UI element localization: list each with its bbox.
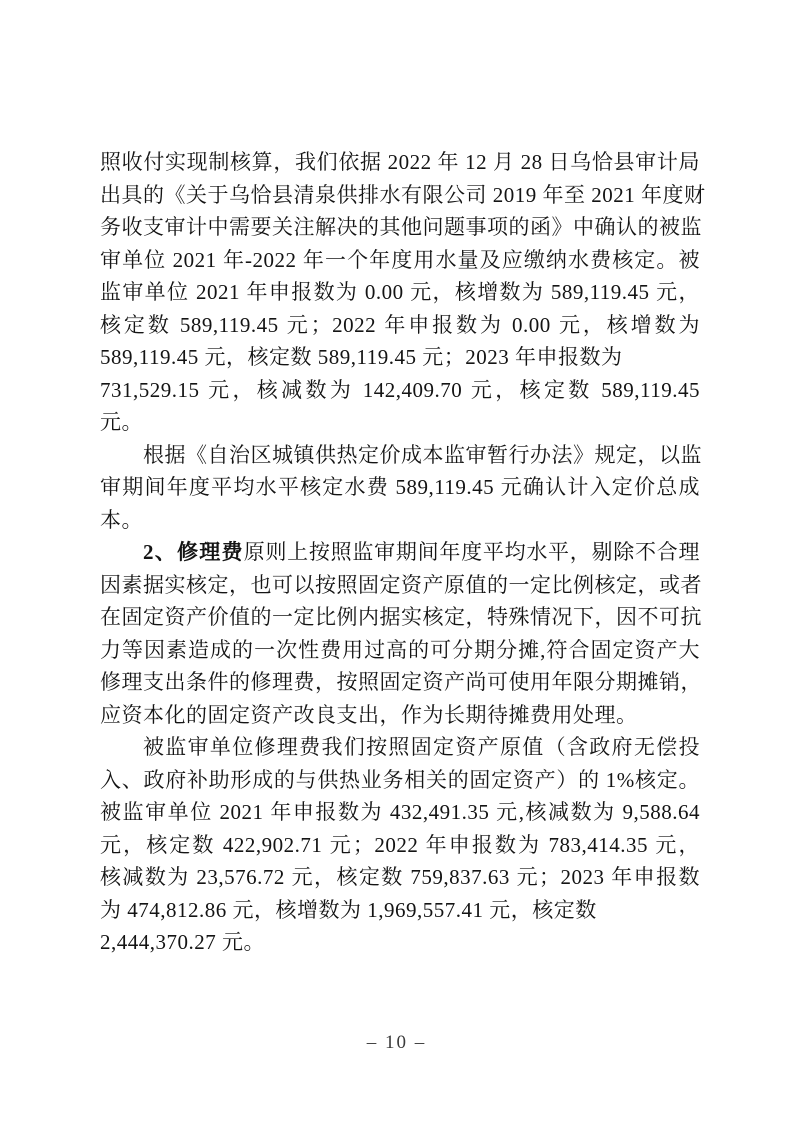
text-line: 审期间年度平均水平核定水费 589,119.45 元确认计入定价总成 (100, 471, 700, 504)
text-line: 应资本化的固定资产改良支出，作为长期待摊费用处理。 (100, 699, 700, 732)
text-line: 务收支审计中需要关注解决的其他问题事项的函》中确认的被监 (100, 211, 700, 244)
paragraph: 根据《自治区城镇供热定价成本监审暂行办法》规定，以监审期间年度平均水平核定水费 … (100, 439, 700, 537)
text-line: 照收付实现制核算，我们依据 2022 年 12 月 28 日乌恰县审计局 (100, 146, 700, 179)
text-line: 731,529.15 元，核减数为 142,409.70 元，核定数 589,1… (100, 374, 700, 407)
page-number: – 10 – (0, 1032, 793, 1054)
text-line: 2,444,370.27 元。 (100, 926, 700, 959)
text-line: 核定数 589,119.45 元；2022 年申报数为 0.00 元，核增数为 (100, 309, 700, 342)
paragraph: 被监审单位修理费我们按照固定资产原值（含政府无偿投入、政府补助形成的与供热业务相… (100, 731, 700, 959)
text-line: 元，核定数 422,902.71 元；2022 年申报数为 783,414.35… (100, 829, 700, 862)
text-line: 根据《自治区城镇供热定价成本监审暂行办法》规定，以监 (100, 439, 700, 472)
text-line: 元。 (100, 406, 700, 439)
document-page: 照收付实现制核算，我们依据 2022 年 12 月 28 日乌恰县审计局出具的《… (0, 0, 793, 1122)
text-line: 在固定资产价值的一定比例内据实核定，特殊情况下，因不可抗 (100, 601, 700, 634)
bold-heading-run: 2、修理费 (143, 540, 244, 564)
document-body: 照收付实现制核算，我们依据 2022 年 12 月 28 日乌恰县审计局出具的《… (100, 146, 700, 959)
text-line: 为 474,812.86 元，核增数为 1,969,557.41 元，核定数 (100, 894, 700, 927)
text-line: 589,119.45 元，核定数 589,119.45 元；2023 年申报数为 (100, 341, 700, 374)
text-line: 2、修理费原则上按照监审期间年度平均水平，剔除不合理 (100, 536, 700, 569)
text-line: 审单位 2021 年-2022 年一个年度用水量及应缴纳水费核定。被 (100, 244, 700, 277)
text-line: 被监审单位修理费我们按照固定资产原值（含政府无偿投 (100, 731, 700, 764)
text-line: 本。 (100, 504, 700, 537)
text-line: 核减数为 23,576.72 元，核定数 759,837.63 元；2023 年… (100, 861, 700, 894)
text-line: 因素据实核定，也可以按照固定资产原值的一定比例核定，或者 (100, 569, 700, 602)
text-line: 监审单位 2021 年申报数为 0.00 元，核增数为 589,119.45 元… (100, 276, 700, 309)
text-line: 力等因素造成的一次性费用过高的可分期分摊,符合固定资产大 (100, 634, 700, 667)
text-line: 出具的《关于乌恰县清泉供排水有限公司 2019 年至 2021 年度财 (100, 179, 700, 212)
text-line: 入、政府补助形成的与供热业务相关的固定资产）的 1%核定。 (100, 764, 700, 797)
text-line: 修理支出条件的修理费，按照固定资产尚可使用年限分期摊销， (100, 666, 700, 699)
paragraph: 2、修理费原则上按照监审期间年度平均水平，剔除不合理因素据实核定，也可以按照固定… (100, 536, 700, 731)
paragraph: 照收付实现制核算，我们依据 2022 年 12 月 28 日乌恰县审计局出具的《… (100, 146, 700, 439)
text-line: 被监审单位 2021 年申报数为 432,491.35 元,核减数为 9,588… (100, 796, 700, 829)
